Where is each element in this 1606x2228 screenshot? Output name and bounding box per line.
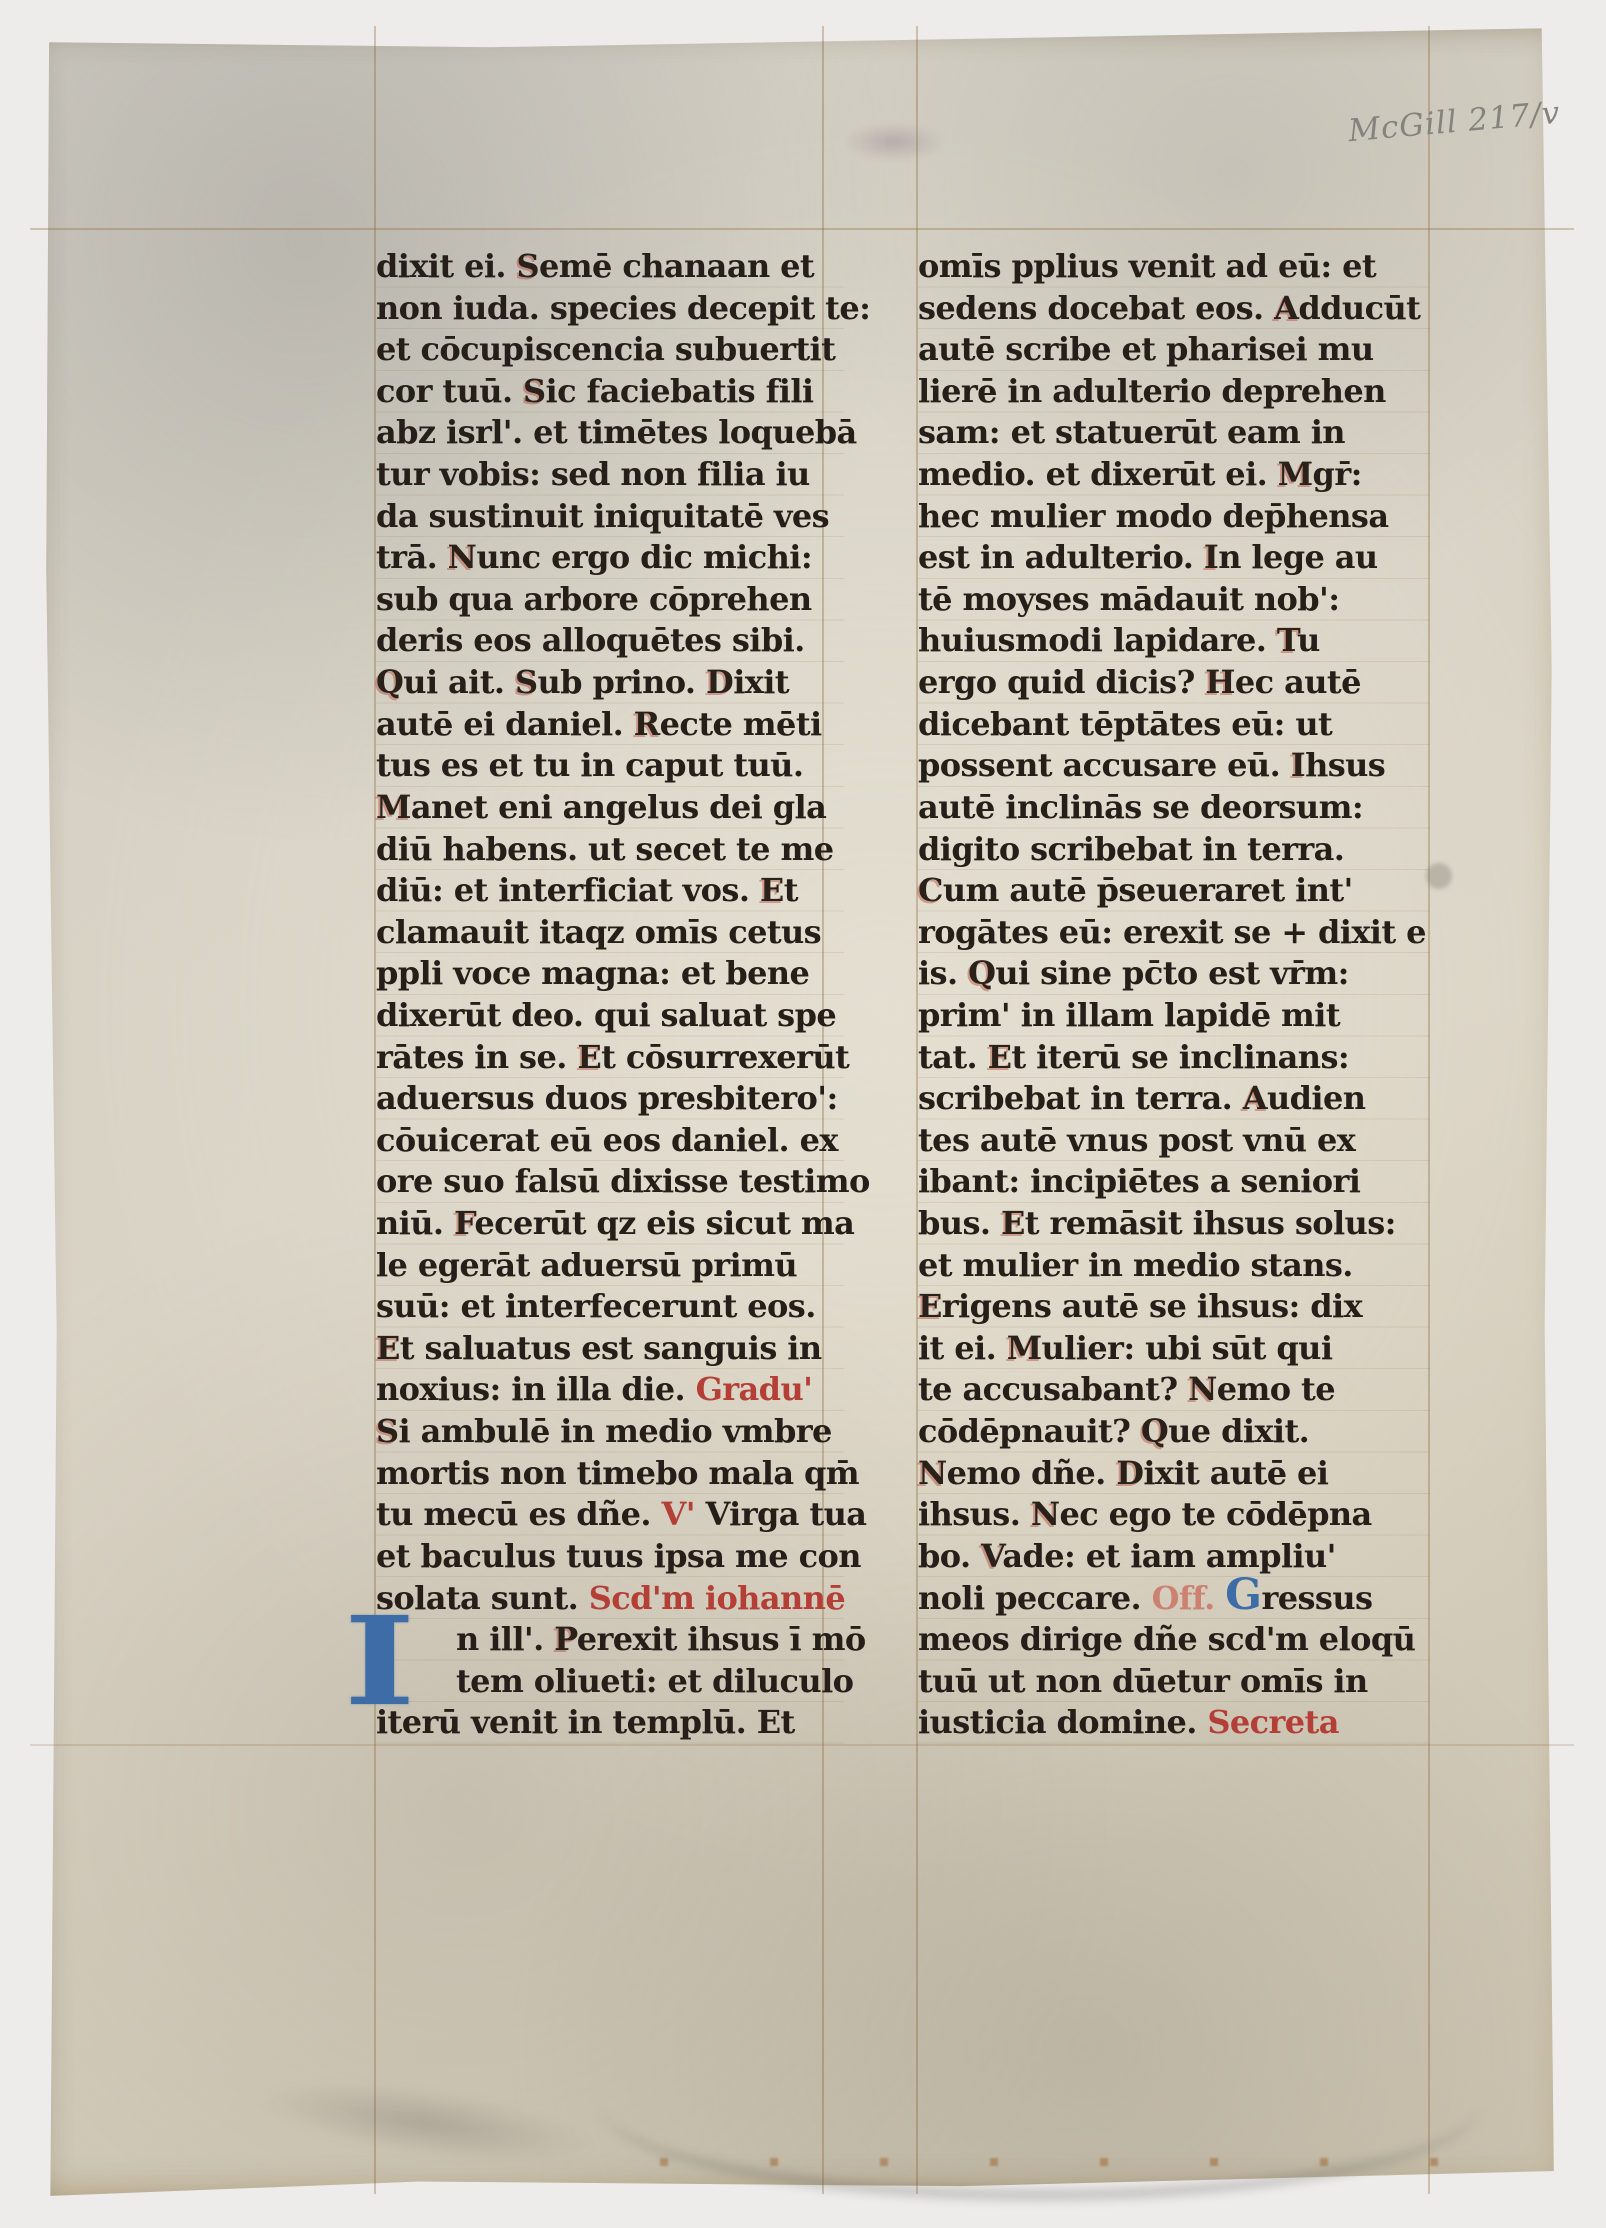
text-segment: E [918,1287,942,1325]
text-segment: C [918,871,943,909]
text-segment: N [918,1454,947,1492]
text-segment: S [515,663,538,701]
text-line: digito scribebat in terra. [918,829,1438,871]
text-line: tus es et tu in caput tuū. [376,745,846,787]
text-segment: Off. [1152,1579,1226,1617]
text-segment: niū. [376,1204,454,1242]
text-line: n ill'. Perexit ihsus ī mō [376,1619,846,1661]
text-segment: bus. [918,1204,1001,1242]
text-line: ore suo falsū dixisse testimo [376,1161,846,1203]
text-segment: gr̄: [1313,455,1362,493]
text-segment: autē scribe et pharisei mu [918,330,1374,368]
text-segment: tur vobis: sed non filia iu [376,455,810,493]
text-segment: ue dixit. [1168,1412,1309,1450]
text-line: tem oliueti: et diluculo [376,1661,846,1703]
text-line: it ei. Mulier: ubi sūt qui [918,1328,1438,1370]
text-segment: ade: et iam ampliu' [1002,1537,1336,1575]
text-segment: t iterū se inclinans: [1011,1038,1349,1076]
text-segment: rogātes eū: erexit se + dixit e [918,913,1426,951]
text-line: te accusabant? Nemo te [918,1369,1438,1411]
text-segment: I [1291,746,1305,784]
text-segment: aduersus duos presbitero': [376,1079,838,1117]
text-segment: S [376,1412,399,1450]
text-segment: ressus [1261,1579,1372,1617]
text-segment: tes autē vnus post vnū ex [918,1121,1355,1159]
text-segment: abz isrl'. et timētes loquebā [376,413,857,451]
text-segment: E [577,1038,601,1076]
text-segment: le egerāt aduersū primū [376,1246,797,1284]
text-line: prim' in illam lapidē mit [918,995,1438,1037]
erased-pencil-mark [826,116,962,168]
text-segment: autē inclinās se deorsum: [918,788,1363,826]
text-segment: iusticia domine. [918,1703,1207,1741]
text-line: rogātes eū: erexit se + dixit e [918,912,1438,954]
text-line: ergo quid dicis? Hec autē [918,662,1438,704]
text-line: clamauit itaqz omīs cetus [376,912,846,954]
text-segment: rigens autē se ihsus: dix [942,1287,1362,1325]
text-line: sub qua arbore cōprehen [376,579,846,621]
text-segment: H [1205,663,1235,701]
text-line: Qui ait. Sub prino. Dixit [376,662,846,704]
text-column-left: dixit ei. Semē chanaan etnon iuda. speci… [376,246,846,1744]
text-segment: tem oliueti: et diluculo [456,1662,853,1700]
text-segment: P [554,1620,577,1658]
text-segment: E [988,1038,1012,1076]
text-segment: ecte mēti [660,705,822,743]
text-segment: S [523,372,546,410]
sewing-notch [1562,1408,1580,1420]
text-segment: D [1116,1454,1143,1492]
text-segment: sam: et statuerūt eam in [918,413,1345,451]
photo-backdrop: dixit ei. Semē chanaan etnon iuda. speci… [0,0,1606,2228]
round-stain [1426,863,1452,889]
text-segment: sub qua arbore cōprehen [376,580,812,618]
text-segment: Virga tua [705,1495,866,1533]
text-line: dixerūt deo. qui saluat spe [376,995,846,1037]
text-segment: sedens docebat eos. [918,289,1274,327]
text-segment: E [376,1329,400,1367]
text-segment: dducūt [1298,289,1420,327]
text-line: autē ei daniel. Recte mēti [376,704,846,746]
text-line: Manet eni angelus dei gla [376,787,846,829]
text-line: cōuicerat eū eos daniel. ex [376,1120,846,1162]
text-line: mortis non timebo mala qm̄ [376,1453,846,1495]
text-line: dicebant tēptātes eū: ut [918,704,1438,746]
text-segment: Q [376,663,403,701]
text-segment: u [1297,621,1320,659]
sewing-notch [1558,642,1576,654]
text-segment: um autē p̄seueraret int' [943,871,1353,909]
text-segment: Gradu' [696,1370,813,1408]
text-line: iusticia domine. Secreta [918,1702,1438,1744]
text-segment: V [981,1537,1002,1575]
text-segment: ore suo falsū dixisse testimo [376,1162,870,1200]
text-segment: medio. et dixerūt ei. [918,455,1278,493]
text-segment: erexit ihsus ī mō [577,1620,866,1658]
text-segment: E [760,871,784,909]
text-segment: ec ego te cōdēpna [1059,1495,1371,1533]
text-segment: deris eos alloquētes sibi. [376,621,805,659]
text-segment: tuū ut non dūetur omīs in [918,1662,1368,1700]
text-segment: emē chanaan et [539,247,814,285]
text-line: bo. Vade: et iam ampliu' [918,1536,1438,1578]
text-segment: noxius: in illa die. [376,1370,696,1408]
text-segment: et baculus tuus ipsa me con [376,1537,861,1575]
text-segment: te accusabant? [918,1370,1188,1408]
ruling-horizontal-top [30,228,1574,230]
text-line: noxius: in illa die. Gradu' [376,1369,846,1411]
text-line: trā. Nunc ergo dic michi: [376,537,846,579]
text-line: Cum autē p̄seueraret int' [918,870,1438,912]
text-line: iterū venit in templū. Et [376,1702,846,1744]
text-segment: cōdēpnauit? [918,1412,1141,1450]
text-line: lierē in adulterio deprehen [918,371,1438,413]
text-line: non iuda. species decepit te: [376,288,846,330]
text-line: is. Qui sine pc̄to est vr̄m: [918,953,1438,995]
text-segment: M [1278,455,1313,493]
sewing-notch [1558,736,1576,748]
text-segment: E [1001,1204,1025,1242]
text-line: da sustinuit iniquitatē ves [376,496,846,538]
text-line: noli peccare. Off. Gressus [918,1578,1438,1620]
text-segment: dixerūt deo. qui saluat spe [376,996,836,1034]
text-segment: T [1277,621,1297,659]
text-line: tē moyses mādauit nob': [918,579,1438,621]
text-line: sedens docebat eos. Adducūt [918,288,1438,330]
text-line: Si ambulē in medio vmbre [376,1411,846,1453]
text-segment: unc ergo dic michi: [476,538,812,576]
text-segment: tu mecū es dñe. [376,1495,662,1533]
text-line: tes autē vnus post vnū ex [918,1120,1438,1162]
text-segment: S [517,247,540,285]
text-line: niū. Fecerūt qz eis sicut ma [376,1203,846,1245]
text-line: rātes in se. Et cōsurrexerūt [376,1037,846,1079]
ruling-horizontal-bottom [30,1744,1574,1746]
text-segment: huiusmodi lapidare. [918,621,1277,659]
text-segment: t remāsit ihsus solus: [1025,1204,1396,1242]
text-segment: non iuda. species decepit te: [376,289,870,327]
text-line: cor tuū. Sic faciebatis fili [376,371,846,413]
text-segment: meos dirige dñe scd'm eloqū [918,1620,1415,1658]
text-segment: dixit ei. [376,247,517,285]
text-segment: Secreta [1207,1703,1339,1741]
text-line: diū habens. ut secet te me [376,829,846,871]
text-segment: is. [918,954,968,992]
text-segment: mortis non timebo mala qm̄ [376,1454,859,1492]
text-segment: noli peccare. [918,1579,1152,1617]
text-line: cōdēpnauit? Que dixit. [918,1411,1438,1453]
text-segment: prim' in illam lapidē mit [918,996,1340,1034]
text-segment: emo dñe. [947,1454,1117,1492]
text-line: scribebat in terra. Audien [918,1078,1438,1120]
text-segment: possent accusare eū. [918,746,1291,784]
text-line: dixit ei. Semē chanaan et [376,246,846,288]
text-line: diū: et interficiat vos. Et [376,870,846,912]
text-segment: ui sine pc̄to est vr̄m: [995,954,1348,992]
text-segment: it ei. [918,1329,1007,1367]
text-segment: t [784,871,798,909]
text-segment: emo te [1217,1370,1335,1408]
text-segment: scribebat in terra. [918,1079,1243,1117]
text-line: ibant: incipiētes a seniori [918,1161,1438,1203]
text-segment: ihsus. [918,1495,1031,1533]
text-line: ppli voce magna: et bene [376,953,846,995]
text-segment: anet eni angelus dei gla [411,788,826,826]
text-segment: iterū venit in templū. Et [376,1703,795,1741]
text-segment: A [1243,1079,1267,1117]
text-segment: ixit autē ei [1143,1454,1328,1492]
text-segment: suū: et interfecerunt eos. [376,1287,816,1325]
text-line: et mulier in medio stans. [918,1245,1438,1287]
text-column-right: omīs pplius venit ad eū: etsedens doceba… [918,246,1438,1744]
text-segment: ecerūt qz eis sicut ma [474,1204,854,1242]
text-line: solata sunt. Scd'm iohannē [376,1578,846,1620]
rust-dots-row [660,2158,1500,2166]
text-line: autē inclinās se deorsum: [918,787,1438,829]
text-segment: Q [968,954,995,992]
text-segment: N [1188,1370,1217,1408]
text-segment: ub prino. [538,663,707,701]
text-line: meos dirige dñe scd'm eloqū [918,1619,1438,1661]
text-line: deris eos alloquētes sibi. [376,620,846,662]
text-segment: Q [1141,1412,1168,1450]
text-segment: I [1204,538,1218,576]
text-line: Erigens autē se ihsus: dix [918,1286,1438,1328]
text-segment: et mulier in medio stans. [918,1246,1353,1284]
text-segment: t cōsurrexerūt [601,1038,849,1076]
text-segment: cor tuū. [376,372,523,410]
text-segment: D [706,663,733,701]
text-line: Et saluatus est sanguis in [376,1328,846,1370]
text-segment: M [376,788,411,826]
text-segment: Scd'm iohannē [589,1579,845,1617]
text-line: Nemo dñe. Dixit autē ei [918,1453,1438,1495]
text-segment: dicebant tēptātes eū: ut [918,705,1332,743]
text-line: sam: et statuerūt eam in [918,412,1438,454]
text-segment: n lege au [1218,538,1377,576]
illuminated-initial-I: I [344,1600,415,1722]
text-segment: est in adulterio. [918,538,1204,576]
text-segment: G [1225,1569,1261,1620]
text-line: omīs pplius venit ad eū: et [918,246,1438,288]
text-segment: lierē in adulterio deprehen [918,372,1386,410]
text-segment: ulier: ubi sūt qui [1042,1329,1333,1367]
text-segment: N [448,538,477,576]
text-line: abz isrl'. et timētes loquebā [376,412,846,454]
text-line: tur vobis: sed non filia iu [376,454,846,496]
text-line: bus. Et remāsit ihsus solus: [918,1203,1438,1245]
text-segment: ixit [733,663,789,701]
text-segment: ui ait. [403,663,515,701]
text-segment: F [454,1204,474,1242]
text-segment: M [1007,1329,1042,1367]
text-line: huiusmodi lapidare. Tu [918,620,1438,662]
text-segment: digito scribebat in terra. [918,830,1344,868]
text-segment: ppli voce magna: et bene [376,954,809,992]
text-segment: V' [662,1495,706,1533]
text-line: et cōcupiscencia subuertit [376,329,846,371]
text-segment: ergo quid dicis? [918,663,1205,701]
sewing-notch [1560,1055,1578,1067]
text-segment: et cōcupiscencia subuertit [376,330,835,368]
text-line: tu mecū es dñe. V' Virga tua [376,1494,846,1536]
text-line: aduersus duos presbitero': [376,1078,846,1120]
text-segment: R [634,705,660,743]
text-segment: bo. [918,1537,981,1575]
text-segment: A [1274,289,1298,327]
text-segment: diū habens. ut secet te me [376,830,833,868]
text-segment: omīs pplius venit ad eū: et [918,247,1376,285]
text-segment: ibant: incipiētes a seniori [918,1162,1360,1200]
text-segment: hec mulier modo dep̄hensa [918,497,1388,535]
text-segment: tē moyses mādauit nob': [918,580,1339,618]
text-segment: tus es et tu in caput tuū. [376,746,803,784]
text-segment: ic faciebatis fili [546,372,814,410]
text-segment: clamauit itaqz omīs cetus [376,913,821,951]
text-line: et baculus tuus ipsa me con [376,1536,846,1578]
text-segment: tat. [918,1038,988,1076]
text-segment: N [1031,1495,1060,1533]
text-segment: diū: et interficiat vos. [376,871,760,909]
text-line: tat. Et iterū se inclinans: [918,1037,1438,1079]
text-segment: rātes in se. [376,1038,577,1076]
text-line: possent accusare eū. Ihsus [918,745,1438,787]
text-segment: ec autē [1235,663,1361,701]
text-segment: autē ei daniel. [376,705,634,743]
text-line: suū: et interfecerunt eos. [376,1286,846,1328]
text-line: medio. et dixerūt ei. Mgr̄: [918,454,1438,496]
text-line: est in adulterio. In lege au [918,537,1438,579]
text-line: ihsus. Nec ego te cōdēpna [918,1494,1438,1536]
text-segment: t saluatus est sanguis in [400,1329,822,1367]
text-line: le egerāt aduersū primū [376,1245,846,1287]
text-line: hec mulier modo dep̄hensa [918,496,1438,538]
text-segment: n ill'. [456,1620,554,1658]
text-line: autē scribe et pharisei mu [918,329,1438,371]
text-segment: da sustinuit iniquitatē ves [376,497,829,535]
text-segment: i ambulē in medio vmbre [399,1412,832,1450]
bottom-crease-smudge [600,2010,1480,2200]
text-segment: trā. [376,538,448,576]
text-segment: cōuicerat eū eos daniel. ex [376,1121,838,1159]
text-segment: udien [1267,1079,1365,1117]
text-line: tuū ut non dūetur omīs in [918,1661,1438,1703]
text-segment: hsus [1305,746,1385,784]
